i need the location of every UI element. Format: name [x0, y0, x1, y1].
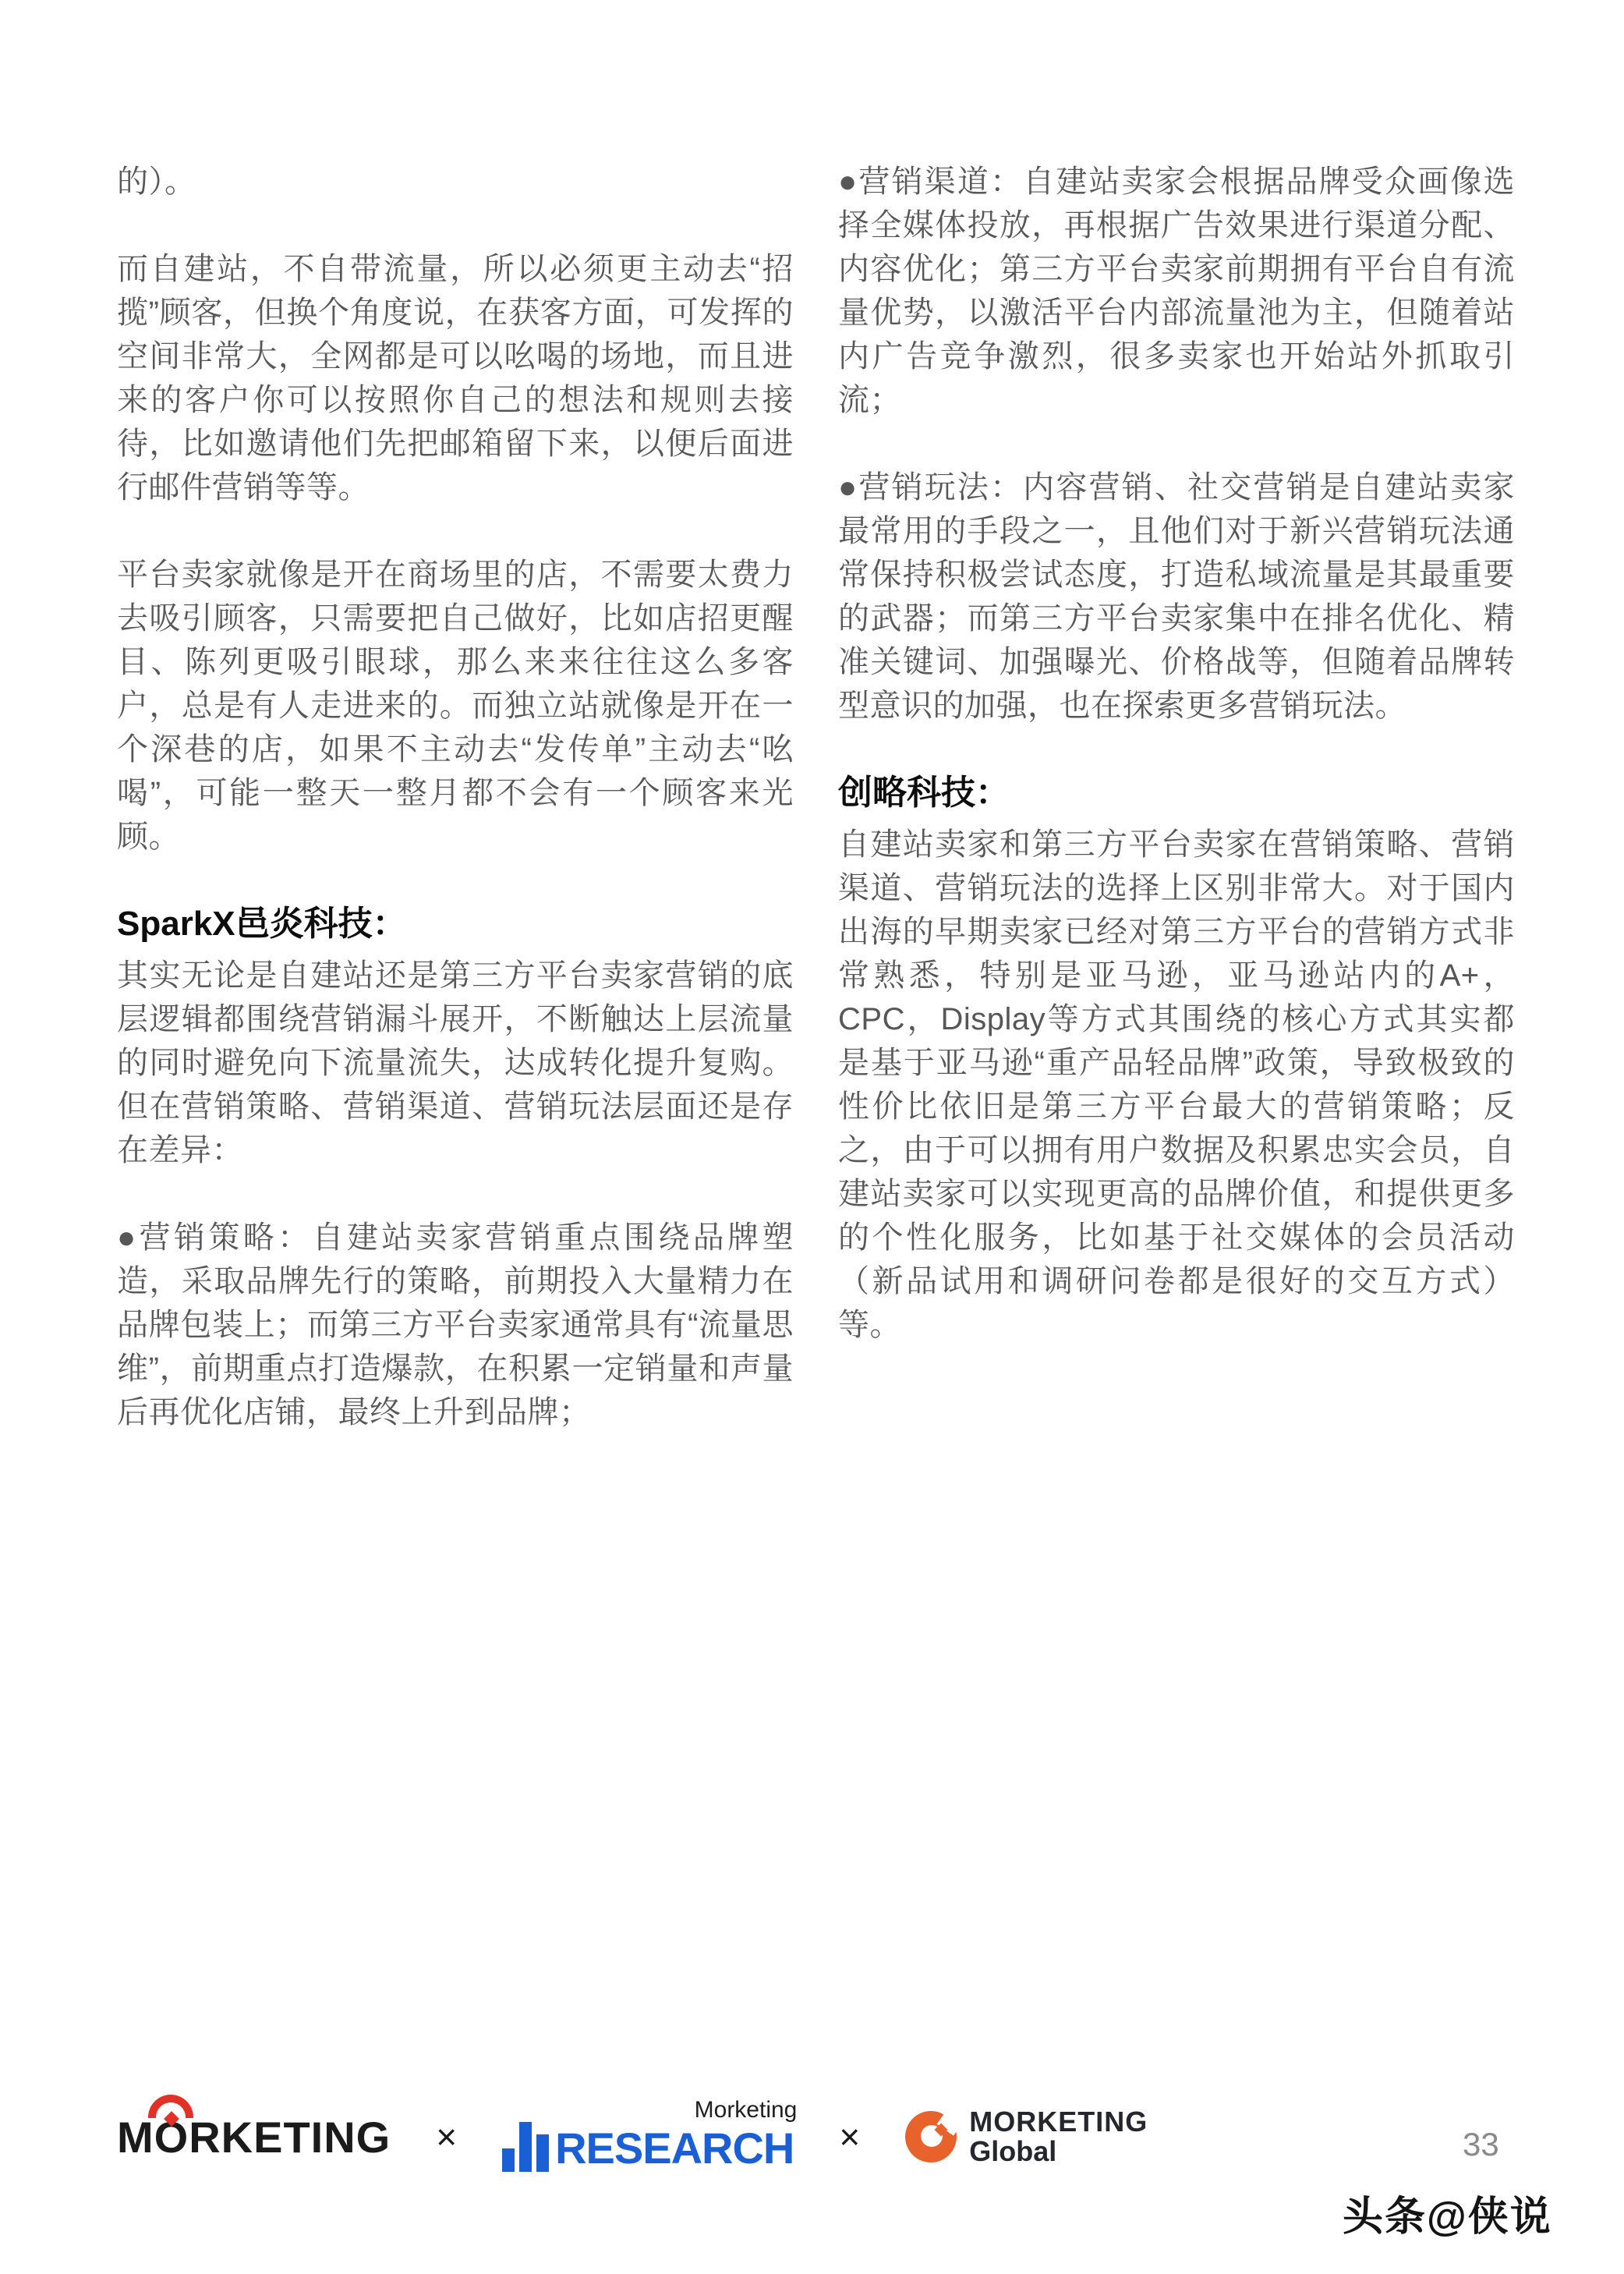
para-platform-seller: 平台卖家就像是开在商场里的店，不需要太费力去吸引顾客，只需要把自己做好，比如店招…	[117, 553, 794, 859]
morketing-logo: MORKETING	[117, 2112, 391, 2162]
sparkx-intro-para: 其实无论是自建站还是第三方平台卖家营销的底层逻辑都围绕营销漏斗展开，不断触达上层…	[117, 954, 794, 1172]
chuanglue-para: 自建站卖家和第三方平台卖家在营销策略、营销渠道、营销玩法的选择上区别非常大。对于…	[838, 823, 1515, 1347]
page-number: 33	[1463, 2126, 1499, 2163]
bullet-marketing-strategy: ●营销策略：自建站卖家营销重点围绕品牌塑造，采取品牌先行的策略，前期投入大量精力…	[117, 1216, 794, 1434]
paragraph-continuation: 的）。	[117, 160, 794, 204]
morketing-logo-m: M	[117, 2112, 154, 2162]
bullet-marketing-tactics: ●营销玩法：内容营销、社交营销是自建站卖家最常用的手段之一，且他们对于新兴营销玩…	[838, 466, 1515, 728]
bar-chart-icon	[502, 2122, 549, 2172]
research-logo-top-label: Morketing	[695, 2097, 798, 2123]
global-logo-line1: MORKETING	[969, 2107, 1148, 2137]
x-separator-1: ×	[436, 2116, 457, 2158]
global-ring-icon	[905, 2111, 957, 2162]
para-self-built-site: 而自建站，不自带流量，所以必须更主动去“招揽”顾客，但换个角度说，在获客方面，可…	[117, 247, 794, 509]
global-logo-line2: Global	[969, 2137, 1148, 2166]
footer: MORKETING × Morketing RESEARCH × MORKETI…	[117, 2099, 1148, 2174]
bullet-marketing-channel: ●营销渠道：自建站卖家会根据品牌受众画像选择全媒体投放，再根据广告效果进行渠道分…	[838, 160, 1515, 422]
morketing-logo-rest: RKETING	[189, 2112, 391, 2162]
morketing-logo-o: O	[154, 2112, 189, 2162]
x-separator-2: ×	[839, 2116, 860, 2158]
research-logo-text: RESEARCH	[555, 2125, 794, 2172]
right-column: ●营销渠道：自建站卖家会根据品牌受众画像选择全媒体投放，再根据广告效果进行渠道分…	[838, 160, 1515, 1390]
sparkx-heading: SparkX邑炎科技：	[117, 902, 794, 946]
document-page: 的）。 而自建站，不自带流量，所以必须更主动去“招揽”顾客，但换个角度说，在获客…	[0, 0, 1624, 2274]
morketing-global-logo: MORKETING Global	[905, 2107, 1148, 2166]
watermark: 头条@侠说	[1343, 2184, 1552, 2242]
research-logo: Morketing RESEARCH	[502, 2102, 794, 2172]
chuanglue-heading: 创略科技：	[838, 771, 1515, 815]
left-column: 的）。 而自建站，不自带流量，所以必须更主动去“招揽”顾客，但换个角度说，在获客…	[117, 160, 794, 1478]
